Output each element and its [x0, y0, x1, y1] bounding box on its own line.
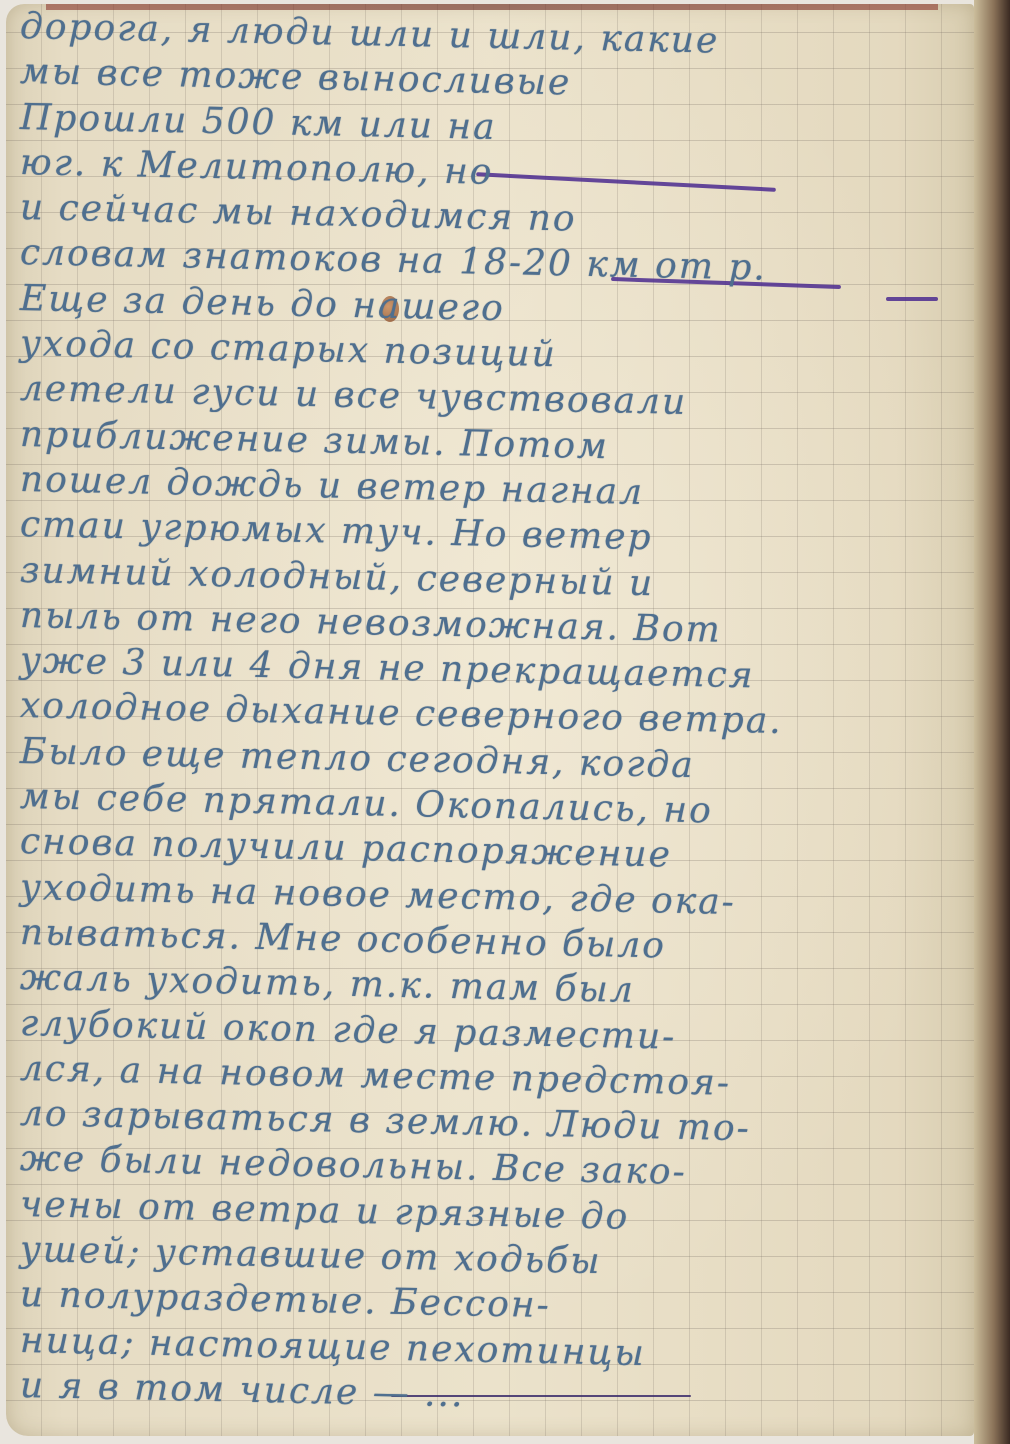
diary-page: дорога, я люди шли и шли, какие мы все т… — [6, 4, 974, 1436]
handwritten-text: дорога, я люди шли и шли, какие мы все т… — [20, 4, 970, 1408]
notebook-spine — [974, 0, 1010, 1444]
scanned-page: дорога, я люди шли и шли, какие мы все т… — [0, 0, 1010, 1444]
